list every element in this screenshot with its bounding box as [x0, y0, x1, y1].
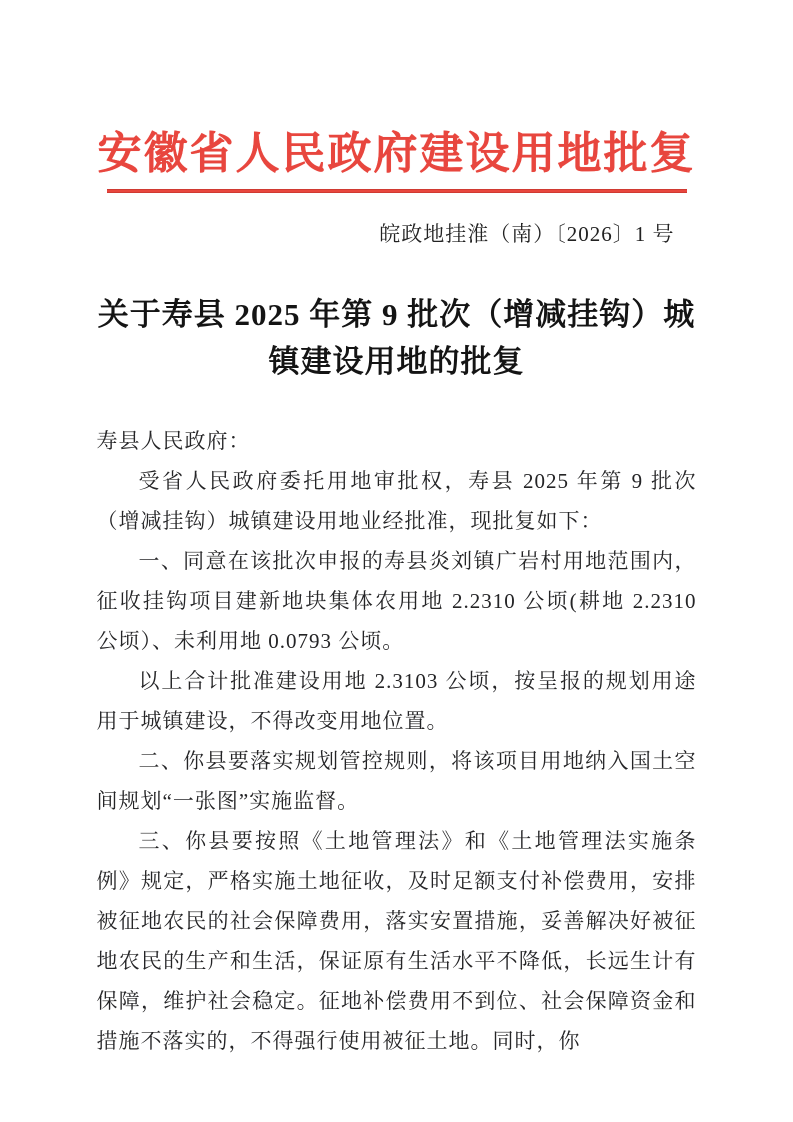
document-page: 安徽省人民政府建设用地批复 皖政地挂淮（南）〔2026〕1 号 关于寿县 202… — [0, 0, 793, 1122]
paragraph-item-3: 三、你县要按照《土地管理法》和《土地管理法实施条例》规定，严格实施土地征收，及时… — [97, 821, 697, 1061]
letterhead-title: 安徽省人民政府建设用地批复 — [0, 128, 793, 180]
subject-line-2: 镇建设用地的批复 — [269, 344, 525, 379]
letterhead: 安徽省人民政府建设用地批复 — [0, 0, 793, 180]
paragraph-total: 以上合计批准建设用地 2.3103 公顷，按呈报的规划用途用于城镇建设，不得改变… — [97, 661, 697, 741]
document-body: 寿县人民政府： 受省人民政府委托用地审批权，寿县 2025 年第 9 批次（增减… — [97, 421, 697, 1061]
document-subject: 关于寿县 2025 年第 9 批次（增减挂钩）城 镇建设用地的批复 — [77, 291, 717, 385]
paragraph-intro: 受省人民政府委托用地审批权，寿县 2025 年第 9 批次（增减挂钩）城镇建设用… — [97, 461, 697, 541]
paragraph-item-1: 一、同意在该批次申报的寿县炎刘镇广岩村用地范围内，征收挂钩项目建新地块集体农用地… — [97, 541, 697, 661]
salutation: 寿县人民政府： — [97, 421, 697, 461]
paragraph-item-2: 二、你县要落实规划管控规则，将该项目用地纳入国土空间规划“一张图”实施监督。 — [97, 741, 697, 821]
document-number: 皖政地挂淮（南）〔2026〕1 号 — [97, 219, 697, 249]
letterhead-divider — [107, 189, 687, 193]
subject-line-1: 关于寿县 2025 年第 9 批次（增减挂钩）城 — [98, 297, 696, 332]
